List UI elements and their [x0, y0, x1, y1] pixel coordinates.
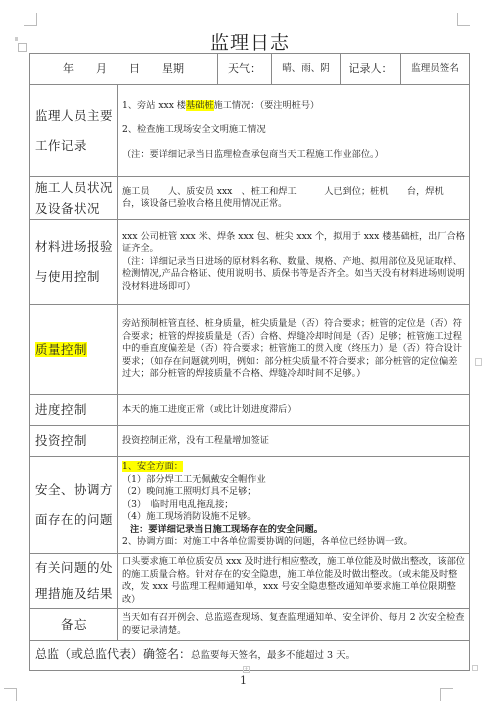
work-record-item-2: 2、检查施工现场安全文明施工情况 [122, 124, 465, 137]
materials-content[interactable]: xxx 公司桩管 xxx 米、焊条 xxx 包、桩尖 xxx 个，拟用于 xxx… [118, 220, 470, 305]
add-row-plus-icon[interactable]: + [243, 666, 250, 673]
supervision-log-table: 年 月 日 星期 天气： 晴、雨、阴 记录人： 监理员签名 监理人员主要工作记录… [29, 53, 470, 671]
header-row: 年 月 日 星期 天气： 晴、雨、阴 记录人： 监理员签名 [30, 54, 470, 85]
quality-content[interactable]: 旁站预制桩管直径、桩身质量，桩尖质量是（否）符合要求；桩管的定位是（否）符合要求… [118, 305, 470, 395]
safety-row: 安全、协调方面存在的问题 1、安全方面： （1）部分焊工工无佩戴安全帽作业 （2… [30, 457, 470, 554]
safety-label: 安全、协调方面存在的问题 [30, 457, 118, 554]
work-record-label: 监理人员主要工作记录 [30, 85, 118, 177]
materials-label: 材料进场报验与使用控制 [30, 220, 118, 305]
handling-row: 有关问题的处理措施及结果 口头要求施工单位质安员 xxx 及时进行相应整改，施工… [30, 554, 470, 609]
handling-label: 有关问题的处理措施及结果 [30, 554, 118, 609]
materials-row: 材料进场报验与使用控制 xxx 公司桩管 xxx 米、焊条 xxx 包、桩尖 x… [30, 220, 470, 305]
highlighted-text: 基础桩 [186, 100, 214, 111]
personnel-row: 施工人员状况及设备状况 施工员 人、质安员 xxx 、桩工和焊工 人已到位；桩机… [30, 177, 470, 220]
recorder-value[interactable]: 监理员签名 [401, 54, 470, 85]
chief-signature-label: 总监（或总监代表）确签名： [35, 647, 191, 661]
chief-signature-text: 总监要每天签名，最多不能超过 3 天。 [191, 650, 355, 661]
safety-note: 注：要详细记录当日施工现场存在的安全问题。 [122, 524, 465, 537]
personnel-label: 施工人员状况及设备状况 [30, 177, 118, 220]
safety-item: （2）晚间施工照明灯具不足够； [122, 486, 465, 499]
memo-row: 备忘 当天如有召开例会、总监巡查现场、复查监理通知单、安全评价、每月 2 次安全… [30, 609, 470, 641]
work-record-note: （注：要详细记录当日监理检查承包商当天工程施工作业部位。） [122, 149, 465, 162]
add-row-marker-icon[interactable] [475, 358, 482, 366]
page-corner-mark [457, 13, 470, 26]
progress-content[interactable]: 本天的施工进度正常（或比计划进度滞后） [118, 395, 470, 426]
progress-row: 进度控制 本天的施工进度正常（或比计划进度滞后） [30, 395, 470, 426]
safety-item: （1）部分焊工工无佩戴安全帽作业 [122, 474, 465, 487]
investment-label: 投资控制 [30, 426, 118, 457]
progress-label: 进度控制 [30, 395, 118, 426]
personnel-content[interactable]: 施工员 人、质安员 xxx 、桩工和焊工 人已到位；桩机 台，焊机 台，该设备已… [118, 177, 470, 220]
quality-label-cell: 质量控制 [30, 305, 118, 395]
table-resize-handle-icon[interactable] [472, 665, 478, 671]
materials-note: （注：详细记录当日进场的原材料名称、数量、规格、产地、拟用部位及见证取样、检测情… [122, 256, 465, 294]
page-number: 1 [240, 674, 247, 687]
quality-label: 质量控制 [35, 342, 87, 357]
document-title: 监理日志 [0, 28, 500, 55]
safety-heading-line: 1、安全方面： [122, 461, 465, 474]
page-corner-mark [24, 13, 37, 26]
recorder-label: 记录人： [341, 54, 401, 85]
work-record-content[interactable]: 1、旁站 xxx 楼基础桩施工情况：（要注明桩号） 2、检查施工现场安全文明施工… [118, 85, 470, 177]
work-record-row: 监理人员主要工作记录 1、旁站 xxx 楼基础桩施工情况：（要注明桩号） 2、检… [30, 85, 470, 177]
safety-heading: 1、安全方面： [122, 461, 183, 472]
page-corner-mark [4, 688, 17, 701]
safety-content[interactable]: 1、安全方面： （1）部分焊工工无佩戴安全帽作业 （2）晚间施工照明灯具不足够；… [118, 457, 470, 554]
page-corner-mark [440, 688, 453, 701]
date-cell[interactable]: 年 月 日 星期 [30, 54, 218, 85]
safety-item: （4）施工现场消防设施不足够。 [122, 511, 465, 524]
memo-label: 备忘 [30, 609, 118, 641]
memo-content[interactable]: 当天如有召开例会、总监巡查现场、复查监理通知单、安全评价、每月 2 次安全检查的… [118, 609, 470, 641]
investment-row: 投资控制 投资控制正常，没有工程量增加签证 [30, 426, 470, 457]
work-record-item-1: 1、旁站 xxx 楼基础桩施工情况：（要注明桩号） [122, 100, 465, 113]
weather-label: 天气： [218, 54, 272, 85]
handling-content[interactable]: 口头要求施工单位质安员 xxx 及时进行相应整改，施工单位能及时做出整改，该部位… [118, 554, 470, 609]
quality-row: 质量控制 旁站预制桩管直径、桩身质量，桩尖质量是（否）符合要求；桩管的定位是（否… [30, 305, 470, 395]
coordination-text: 2、协调方面：对施工中各单位需要协调的问题，各单位已经协调一致。 [122, 536, 465, 549]
materials-text: xxx 公司桩管 xxx 米、焊条 xxx 包、桩尖 xxx 个，拟用于 xxx… [122, 231, 465, 256]
investment-content[interactable]: 投资控制正常，没有工程量增加签证 [118, 426, 470, 457]
weather-value[interactable]: 晴、雨、阴 [272, 54, 341, 85]
safety-item: （3） 临时用电乱拖乱接； [122, 499, 465, 512]
